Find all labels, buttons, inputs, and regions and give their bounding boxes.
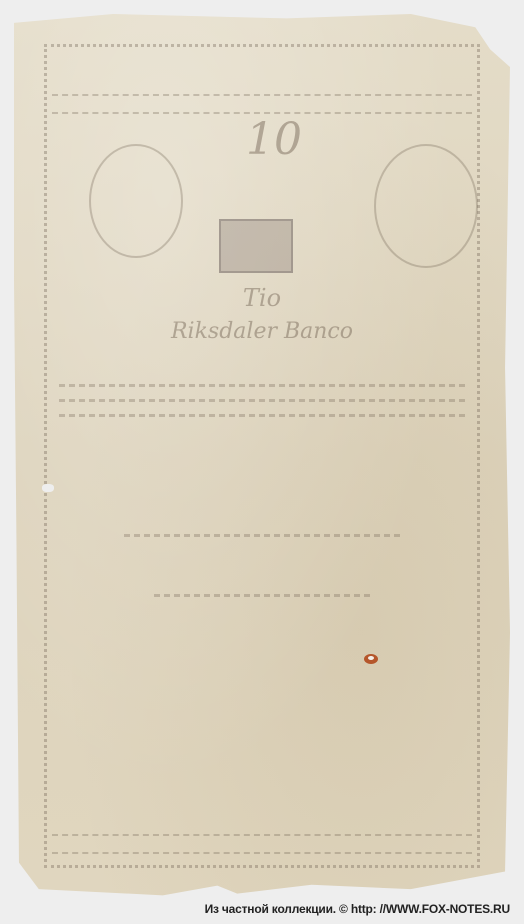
note-subheading: Riksdaler Banco <box>14 319 510 344</box>
text-line <box>59 414 465 417</box>
stain-mark <box>364 654 378 664</box>
watermark-caption: Из частной коллекции. © http: //WWW.FOX-… <box>205 902 510 916</box>
central-stamp <box>219 219 293 273</box>
signature-line <box>154 594 370 597</box>
top-ornament-row <box>52 94 472 114</box>
signature-line <box>124 534 400 537</box>
text-line <box>59 384 465 387</box>
right-seal <box>374 144 478 268</box>
left-seal <box>89 144 183 258</box>
paper-hole <box>42 484 54 492</box>
bottom-ornament-row <box>52 834 472 854</box>
text-line <box>59 399 465 402</box>
denomination-numeral: 10 <box>219 114 329 165</box>
banknote-photo: 10 Tio Riksdaler Banco <box>14 14 510 898</box>
note-heading: Tio <box>14 284 510 312</box>
